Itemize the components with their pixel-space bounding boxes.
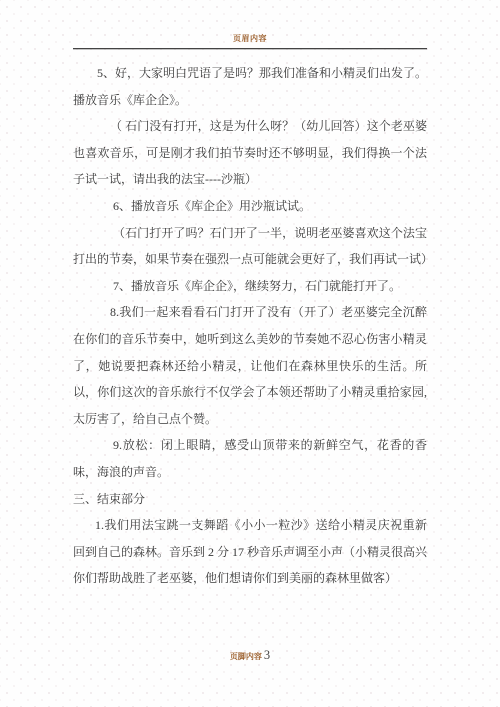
document-page: 页眉内容 5、好，大家明白咒语了是吗？那我们准备和小精灵们出发了。播放音乐《库企…: [0, 0, 500, 707]
page-number: 3: [264, 648, 270, 662]
paragraph-teacher-note-2: （石门打开了吗？石门开了一半，说明老巫婆喜欢这个法宝打出的节奏，如果节奏在强烈一…: [73, 220, 427, 273]
section-heading-ending: 三、结束部分: [73, 486, 427, 513]
header-text: 页眉内容: [233, 34, 267, 44]
paragraph-teacher-note-1: （ 石门没有打开，这是为什么呀？（幼儿回答）这个老巫婆也喜欢音乐，可是刚才我们拍…: [73, 113, 427, 193]
paragraph-step-9: 9.放松：闭上眼睛，感受山顶带来的新鲜空气，花香的香味，海浪的声音。: [73, 432, 427, 485]
document-body: 5、好，大家明白咒语了是吗？那我们准备和小精灵们出发了。播放音乐《库企企》。 （…: [73, 60, 427, 592]
paragraph-ending-1: 1.我们用法宝跳一支舞蹈《小小一粒沙》送给小精灵庆祝重新回到自己的森林。音乐到 …: [73, 512, 427, 592]
header-rule: [73, 48, 427, 49]
paragraph-step-5: 5、好，大家明白咒语了是吗？那我们准备和小精灵们出发了。播放音乐《库企企》。: [73, 60, 427, 113]
page-header: 页眉内容: [73, 28, 427, 49]
paragraph-step-6: 6、播放音乐《库企企》用沙瓶试试。: [73, 193, 427, 220]
paragraph-step-7: 7、播放音乐《库企企》，继续努力，石门就能打开了。: [73, 273, 427, 300]
page-footer: 页脚内容3: [0, 646, 500, 664]
paragraph-step-8: 8.我们一起来看看石门打开了没有（开了）老巫婆完全沉醉在你们的音乐节奏中，她听到…: [73, 299, 427, 432]
footer-text: 页脚内容: [230, 652, 262, 661]
